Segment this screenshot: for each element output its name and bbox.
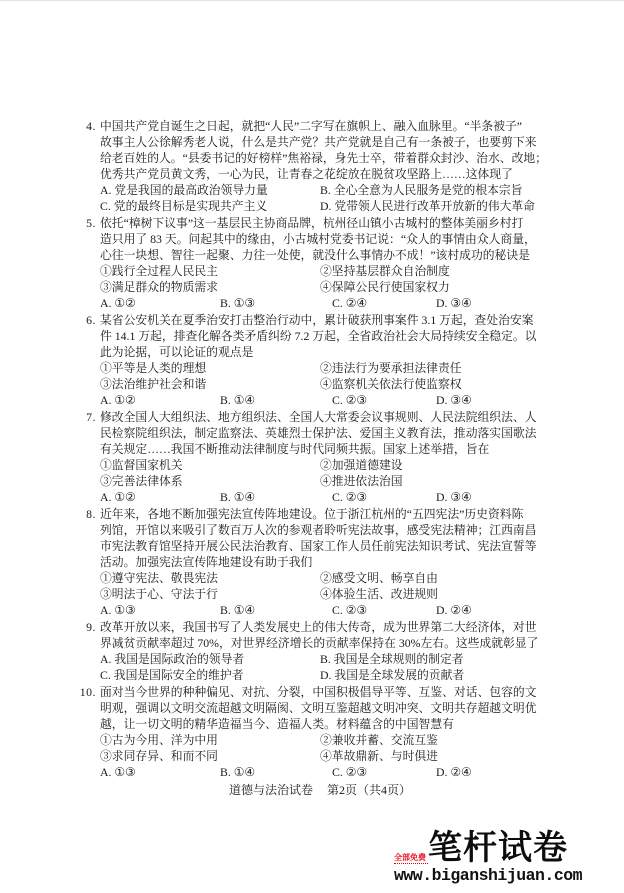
- choice-option: C. ②③: [332, 764, 436, 780]
- stem-line: 越，让一切文明的精华造福当今、造福人类。材料蕴含的中国智慧有: [100, 716, 560, 732]
- question-list: 4.中国共产党自诞生之日起，就把“人民”二字写在旗帜上、融入血脉里。“半条被子”…: [0, 118, 624, 781]
- choice-row: ③法治维护社会和谐④监察机关依法行使监察权: [100, 376, 560, 392]
- stem-line: 件 14.1 万起，排查化解各类矛盾纠纷 7.2 万起，全省政治社会大局持续安全…: [100, 328, 560, 344]
- choice-option: ③满足群众的物质需求: [100, 279, 320, 295]
- question-body: 中国共产党自诞生之日起，就把“人民”二字写在旗帜上、融入血脉里。“半条被子”故事…: [100, 118, 560, 214]
- choice-option: D. ③④: [436, 295, 472, 311]
- question-10: 10.面对当今世界的种种偏见、对抗、分裂，中国积极倡导平等、互鉴、对话、包容的文…: [0, 684, 624, 780]
- answer-row: A. ①②B. ①④C. ②③D. ③④: [100, 392, 560, 408]
- stem-line: 修改全国人大组织法、地方组织法、全国人大常委会议事规则、人民法院组织法、人: [100, 409, 560, 425]
- choice-option: B. ①④: [220, 602, 332, 618]
- choice-option: ②坚持基层群众自治制度: [320, 263, 450, 279]
- stem-line: 民检察院组织法，制定监察法、英雄烈士保护法、爱国主义教育法，推动落实国歌法: [100, 425, 560, 441]
- choice-option: A. ①③: [100, 602, 220, 618]
- choice-option: B. ①④: [220, 489, 332, 505]
- choice-row: ①监督国家机关②加强道德建设: [100, 457, 560, 473]
- exam-page: 4.中国共产党自诞生之日起，就把“人民”二字写在旗帜上、融入血脉里。“半条被子”…: [0, 0, 624, 893]
- stem-line: 界减贫贡献率超过 70%，对世界经济增长的贡献率保持在 30%左右。这些成就彰显…: [100, 635, 560, 651]
- stem-line: 给老百姓的人。“县委书记的好榜样”焦裕禄，身先士卒，带着群众封沙、治水、改地；: [100, 150, 560, 166]
- stem-line: 心往一块想、智往一起聚、力往一处使，就没什么事情办不成！”该村成功的秘诀是: [100, 247, 560, 263]
- choice-option: ④体验生活、改进规则: [320, 586, 438, 602]
- question-body: 面对当今世界的种种偏见、对抗、分裂，中国积极倡导平等、互鉴、对话、包容的文明观，…: [100, 684, 560, 780]
- choice-option: D. ③④: [436, 489, 472, 505]
- choice-option: ①遵守宪法、敬畏宪法: [100, 570, 320, 586]
- stem-line: 故事主人公徐解秀老人说，什么是共产党？共产党就是自己有一条被子，也要剪下来: [100, 134, 560, 150]
- choice-option: ①平等是人类的理想: [100, 360, 320, 376]
- question-5: 5.依托“樟树下议事”这一基层民主协商品牌，杭州径山镇小古城村的整体美丽乡村打造…: [0, 215, 624, 311]
- stem-line: 造只用了 83 天。问起其中的缘由，小古城村党委书记说：“众人的事情由众人商量，: [100, 231, 560, 247]
- answer-row: A. ①③B. ①④C. ②③D. ②④: [100, 764, 560, 780]
- question-number: 7.: [0, 409, 96, 425]
- watermark-brand: 笔杆试卷: [428, 831, 568, 867]
- question-number: 10.: [0, 684, 96, 700]
- question-6: 6.某省公安机关在夏季治安打击整治行动中，累计破获刑事案件 3.1 万起，查处治…: [0, 312, 624, 408]
- footer-page-number: 第2页（共4页）: [327, 783, 411, 797]
- question-number: 5.: [0, 215, 96, 231]
- choice-row: A. 我国是国际政治的领导者B. 我国是全球规则的制定者: [100, 651, 560, 667]
- choice-option: D. ③④: [436, 392, 472, 408]
- choice-option: A. ①②: [100, 295, 220, 311]
- choice-option: B. ①④: [220, 392, 332, 408]
- choice-row: C. 党的最终目标是实现共产主义D. 党带领人民进行改革开放新的伟大革命: [100, 198, 560, 214]
- choice-row: C. 我国是国际安全的维护者D. 我国是全球发展的贡献者: [100, 667, 560, 683]
- choice-option: D. ②④: [436, 764, 472, 780]
- stem-line: 依托“樟树下议事”这一基层民主协商品牌，杭州径山镇小古城村的整体美丽乡村打: [100, 215, 560, 231]
- stem-line: 市宪法教育馆坚持开展公民法治教育、国家工作人员任前宪法知识考试、宪法宣誓等: [100, 538, 560, 554]
- stem-line: 面对当今世界的种种偏见、对抗、分裂，中国积极倡导平等、互鉴、对话、包容的文: [100, 684, 560, 700]
- question-8: 8.近年来，各地不断加强宪法宣传阵地建设。位于浙江杭州的“五四宪法”历史资料陈列…: [0, 506, 624, 618]
- question-body: 依托“樟树下议事”这一基层民主协商品牌，杭州径山镇小古城村的整体美丽乡村打造只用…: [100, 215, 560, 311]
- choice-option: ②兼收并蓄、交流互鉴: [320, 732, 438, 748]
- question-body: 某省公安机关在夏季治安打击整治行动中，累计破获刑事案件 3.1 万起，查处治安案…: [100, 312, 560, 408]
- watermark-tagline: 全部免费: [394, 853, 428, 864]
- question-7: 7.修改全国人大组织法、地方组织法、全国人大常委会议事规则、人民法院组织法、人民…: [0, 409, 624, 505]
- choice-option: D. 党带领人民进行改革开放新的伟大革命: [320, 198, 535, 214]
- stem-line: 活动。加强宪法宣传阵地建设有助于我们: [100, 554, 560, 570]
- choice-option: C. 我国是国际安全的维护者: [100, 667, 320, 683]
- question-body: 改革开放以来，我国书写了人类发展史上的伟大传奇，成为世界第二大经济体，对世界减贫…: [100, 619, 560, 683]
- choice-option: C. ②③: [332, 489, 436, 505]
- choice-row: ③明法于心、守法于行④体验生活、改进规则: [100, 586, 560, 602]
- choice-option: A. 党是我国的最高政治领导力量: [100, 182, 320, 198]
- choice-row: ③完善法律体系④推进依法治国: [100, 473, 560, 489]
- choice-row: ①古为今用、洋为中用②兼收并蓄、交流互鉴: [100, 732, 560, 748]
- choice-option: B. 我国是全球规则的制定者: [320, 651, 464, 667]
- choice-option: A. 我国是国际政治的领导者: [100, 651, 320, 667]
- choice-option: A. ①②: [100, 489, 220, 505]
- stem-line: 改革开放以来，我国书写了人类发展史上的伟大传奇，成为世界第二大经济体，对世: [100, 619, 560, 635]
- choice-option: ③完善法律体系: [100, 473, 320, 489]
- choice-option: ③明法于心、守法于行: [100, 586, 320, 602]
- question-number: 6.: [0, 312, 96, 328]
- stem-line: 此为论据，可以论证的观点是: [100, 344, 560, 360]
- choice-option: ③求同存异、和而不同: [100, 748, 320, 764]
- question-body: 近年来，各地不断加强宪法宣传阵地建设。位于浙江杭州的“五四宪法”历史资料陈列馆，…: [100, 506, 560, 618]
- page-footer: 道德与法治试卷第2页（共4页）: [8, 782, 624, 798]
- choice-row: ①平等是人类的理想②违法行为要承担法律责任: [100, 360, 560, 376]
- stem-line: 近年来，各地不断加强宪法宣传阵地建设。位于浙江杭州的“五四宪法”历史资料陈: [100, 506, 560, 522]
- choice-option: ④保障公民行使国家权力: [320, 279, 450, 295]
- choice-option: C. 党的最终目标是实现共产主义: [100, 198, 320, 214]
- question-number: 9.: [0, 619, 96, 635]
- choice-option: C. ②③: [332, 392, 436, 408]
- choice-row: A. 党是我国的最高政治领导力量B. 全心全意为人民服务是党的根本宗旨: [100, 182, 560, 198]
- choice-option: B. 全心全意为人民服务是党的根本宗旨: [320, 182, 523, 198]
- choice-option: ①践行全过程人民民主: [100, 263, 320, 279]
- question-number: 8.: [0, 506, 96, 522]
- answer-row: A. ①②B. ①④C. ②③D. ③④: [100, 489, 560, 505]
- stem-line: 列馆，开馆以来吸引了数百万人次的参观者聆听宪法故事，感受宪法精神；江西南昌: [100, 522, 560, 538]
- choice-option: C. ②③: [332, 602, 436, 618]
- watermark-tagline-wrap: 全部免费: [394, 853, 428, 867]
- choice-option: ②加强道德建设: [320, 457, 403, 473]
- answer-row: A. ①③B. ①④C. ②③D. ②④: [100, 602, 560, 618]
- stem-line: 某省公安机关在夏季治安打击整治行动中，累计破获刑事案件 3.1 万起，查处治安案: [100, 312, 560, 328]
- choice-option: D. 我国是全球发展的贡献者: [320, 667, 464, 683]
- choice-option: B. ①④: [220, 764, 332, 780]
- answer-row: A. ①②B. ①③C. ②④D. ③④: [100, 295, 560, 311]
- question-body: 修改全国人大组织法、地方组织法、全国人大常委会议事规则、人民法院组织法、人民检察…: [100, 409, 560, 505]
- choice-option: ②违法行为要承担法律责任: [320, 360, 462, 376]
- choice-row: ③满足群众的物质需求④保障公民行使国家权力: [100, 279, 560, 295]
- watermark-top-row: 全部免费 笔杆试卷: [394, 831, 610, 867]
- choice-option: ④监察机关依法行使监察权: [320, 376, 462, 392]
- question-number: 4.: [0, 118, 96, 134]
- choice-row: ①践行全过程人民民主②坚持基层群众自治制度: [100, 263, 560, 279]
- stem-line: 优秀共产党员黄文秀，一心为民，让青春之花绽放在脱贫攻坚路上……这体现了: [100, 166, 560, 182]
- question-9: 9.改革开放以来，我国书写了人类发展史上的伟大传奇，成为世界第二大经济体，对世界…: [0, 619, 624, 683]
- choice-option: A. ①②: [100, 392, 220, 408]
- question-4: 4.中国共产党自诞生之日起，就把“人民”二字写在旗帜上、融入血脉里。“半条被子”…: [0, 118, 624, 214]
- choice-option: ②感受文明、畅享自由: [320, 570, 438, 586]
- choice-row: ③求同存异、和而不同④革故鼎新、与时俱进: [100, 748, 560, 764]
- watermark-url: www.biganshijuan.com: [394, 867, 610, 885]
- choice-row: ①遵守宪法、敬畏宪法②感受文明、畅享自由: [100, 570, 560, 586]
- choice-option: ④推进依法治国: [320, 473, 403, 489]
- footer-title: 道德与法治试卷: [229, 783, 313, 797]
- stem-line: 明观，强调以文明交流超越文明隔阂、文明互鉴超越文明冲突、文明共存超越文明优: [100, 700, 560, 716]
- choice-option: D. ②④: [436, 602, 472, 618]
- choice-option: C. ②④: [332, 295, 436, 311]
- choice-option: B. ①③: [220, 295, 332, 311]
- choice-option: ④革故鼎新、与时俱进: [320, 748, 438, 764]
- choice-option: A. ①③: [100, 764, 220, 780]
- choice-option: ③法治维护社会和谐: [100, 376, 320, 392]
- brand-watermark: 全部免费 笔杆试卷 www.biganshijuan.com: [394, 831, 610, 885]
- choice-option: ①监督国家机关: [100, 457, 320, 473]
- stem-line: 中国共产党自诞生之日起，就把“人民”二字写在旗帜上、融入血脉里。“半条被子”: [100, 118, 560, 134]
- stem-line: 有关规定……我国不断推动法律制度与时代同频共振。国家上述举措，旨在: [100, 441, 560, 457]
- choice-option: ①古为今用、洋为中用: [100, 732, 320, 748]
